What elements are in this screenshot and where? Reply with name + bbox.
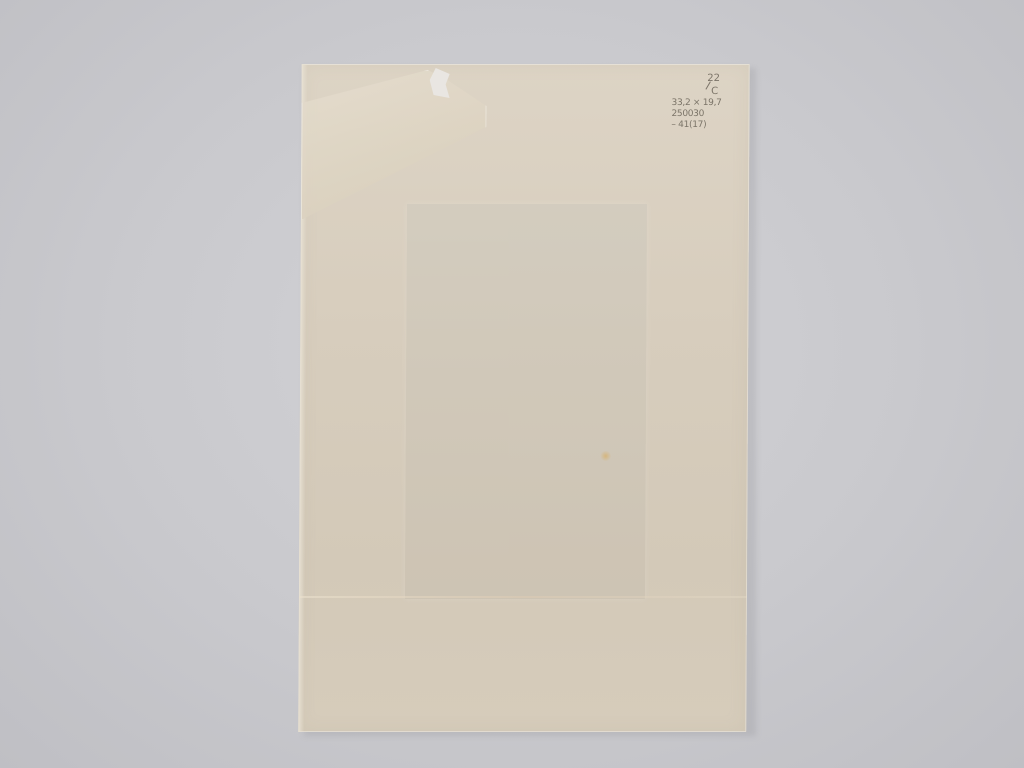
adhesive-tape-strip [301,70,487,220]
fold-line [299,596,747,598]
foxing-stain [600,451,612,461]
annotation-inventory: 250030 [671,110,741,119]
photo-scene: 22 C 33,2 × 19,7 250030 – 41(17) [0,0,1024,768]
annotation-number: 22 [686,74,742,84]
handwritten-annotation: 22 C 33,2 × 19,7 250030 – 41(17) [671,74,741,130]
annotation-dimensions: 33,2 × 19,7 [672,99,742,108]
annotation-reference: – 41(17) [671,121,741,130]
paper-sheet: 22 C 33,2 × 19,7 250030 – 41(17) [298,64,749,732]
annotation-letter: C [688,87,742,97]
plate-mark-area [405,204,647,599]
